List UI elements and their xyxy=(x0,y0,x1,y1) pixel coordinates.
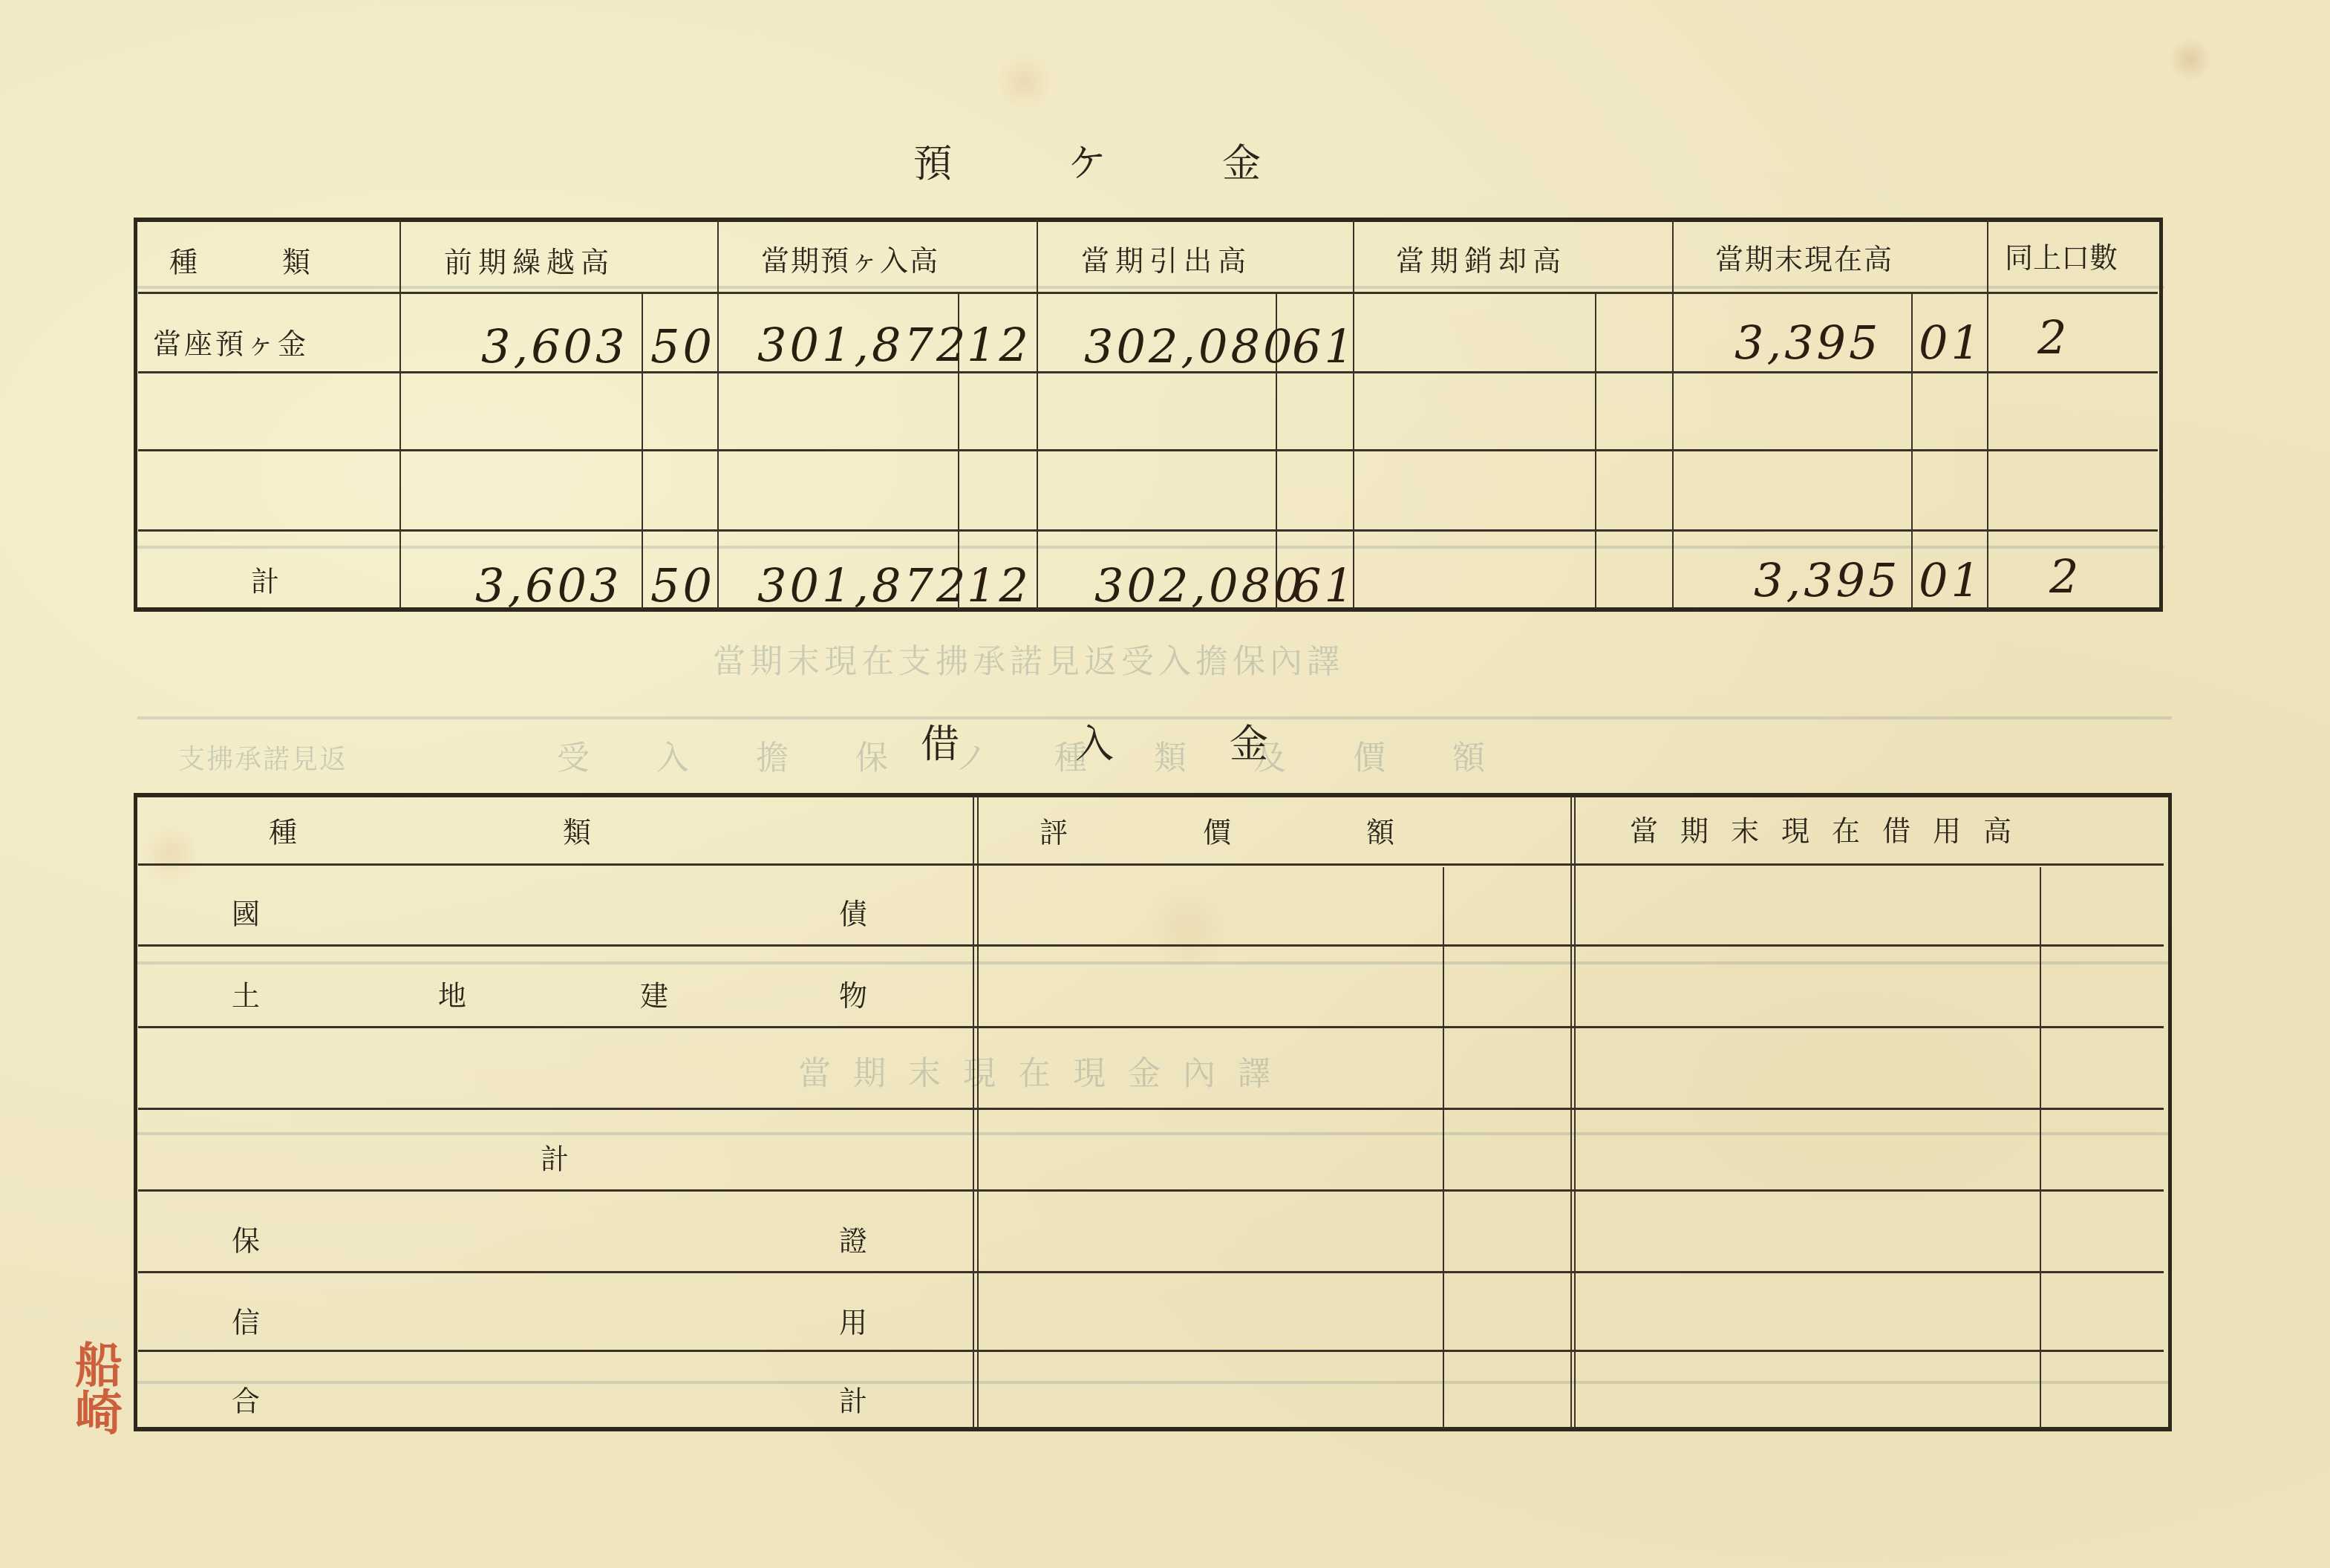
borrowings-title: 借 入 金 xyxy=(921,713,1268,768)
row-kind-right: 債 xyxy=(839,891,867,932)
header-kind: 種 類 xyxy=(169,239,310,280)
prev-balance-sen: 50 xyxy=(650,319,715,373)
row-kind-left: 信 xyxy=(232,1299,260,1340)
deposits-title: 預 ケ 金 xyxy=(913,132,1261,188)
header-end-borrowed: 當期末現在借用高 xyxy=(1630,808,2034,849)
total-prev-balance-yen: 3,603 xyxy=(475,558,622,612)
row-kind-right: 用 xyxy=(839,1299,867,1340)
row-kind-mid1: 地 xyxy=(438,973,466,1013)
header-appraisal: 評 價 額 xyxy=(1040,809,1399,850)
subtotal-label: 計 xyxy=(541,1136,569,1177)
show-through-heading-2: 當期末現在現金內譯 xyxy=(798,1047,1293,1094)
header-borrow-kind: 種 類 xyxy=(269,809,595,850)
header-withdrawn: 當期引出高 xyxy=(1081,238,1252,278)
header-written-off: 當期銷却高 xyxy=(1396,238,1567,278)
total-end-balance-sen: 01 xyxy=(1919,553,1983,607)
total-deposited-yen: 301,872 xyxy=(757,558,968,612)
prev-balance-yen: 3,603 xyxy=(481,319,628,373)
row-kind-mid2: 建 xyxy=(640,973,668,1013)
row-kind: 當座預ヶ金 xyxy=(153,321,309,362)
row-kind-right: 計 xyxy=(839,1378,867,1419)
show-through-heading-1: 當期末現在支拂承諾見返受入擔保內譯 xyxy=(713,635,1344,682)
total-label: 計 xyxy=(251,558,279,599)
withdrawn-sen: 61 xyxy=(1292,319,1357,373)
row-kind-right: 物 xyxy=(839,973,867,1013)
end-balance-yen: 3,395 xyxy=(1735,316,1882,370)
show-through-row-label: 支拂承諾見返 xyxy=(178,739,347,777)
header-deposited: 當期預ヶ入高 xyxy=(761,238,939,278)
header-prev-balance: 前期繰越高 xyxy=(444,239,615,280)
deposited-yen: 301,872 xyxy=(757,318,968,372)
total-deposited-sen: 12 xyxy=(967,558,1031,612)
seal-stamp: 船崎 xyxy=(68,1340,120,1435)
accounts-count: 2 xyxy=(2037,310,2069,365)
row-kind-left: 土 xyxy=(232,973,260,1013)
end-balance-sen: 01 xyxy=(1919,316,1983,370)
header-accounts: 同上口數 xyxy=(2005,235,2118,275)
total-withdrawn-sen: 61 xyxy=(1292,558,1357,612)
total-withdrawn-yen: 302,080 xyxy=(1094,558,1305,612)
deposited-sen: 12 xyxy=(967,318,1031,372)
header-end-balance: 當期末現在高 xyxy=(1715,236,1893,277)
total-accounts-count: 2 xyxy=(2049,549,2081,604)
row-kind-left: 國 xyxy=(232,891,260,932)
withdrawn-yen: 302,080 xyxy=(1084,319,1295,373)
total-end-balance-yen: 3,395 xyxy=(1754,553,1901,607)
row-kind-right: 證 xyxy=(839,1218,867,1258)
row-kind-left: 保 xyxy=(232,1218,260,1258)
row-kind-left: 合 xyxy=(232,1378,260,1419)
total-prev-balance-sen: 50 xyxy=(650,558,715,612)
